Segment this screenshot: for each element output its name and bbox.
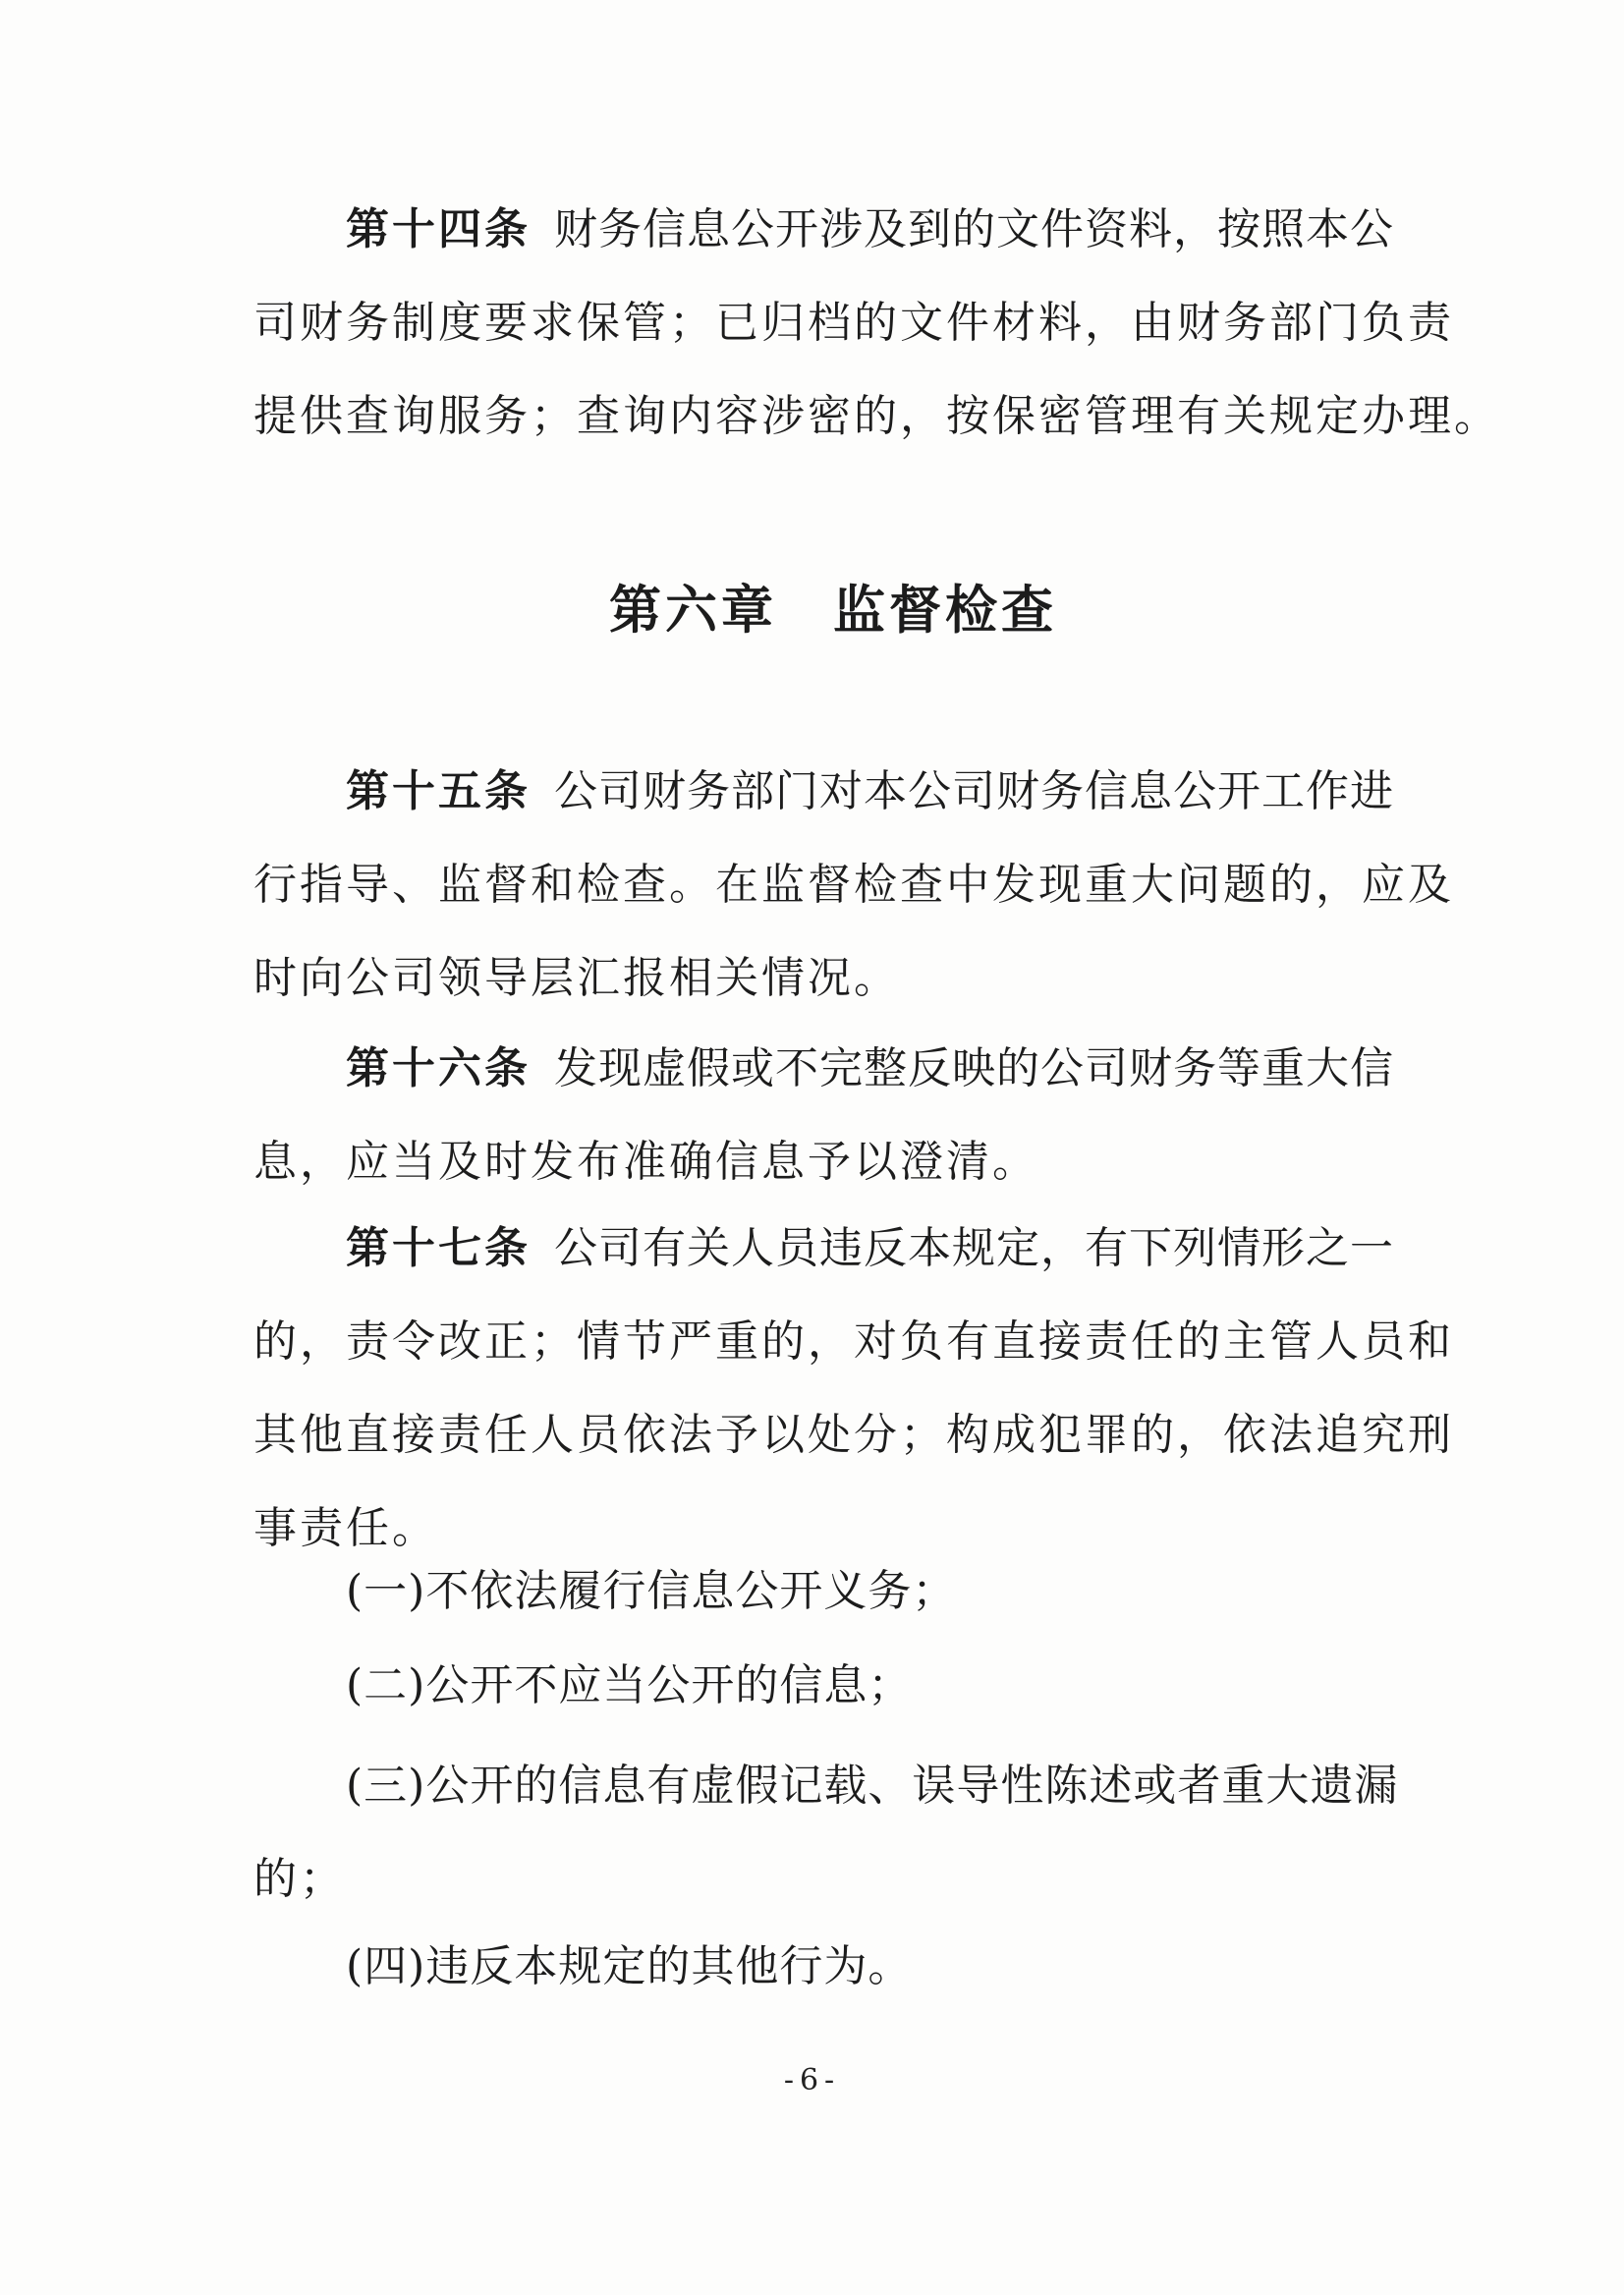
list-item-4-text: (四)违反本规定的其他行为。 bbox=[253, 1920, 1413, 2013]
list-item-1-text: (一)不依法履行信息公开义务； bbox=[253, 1544, 1413, 1638]
article-15-line-2: 行指导、监督和检查。在监督检查中发现重大问题的，应及 bbox=[253, 838, 1413, 931]
article-17-line-3: 其他直接责任人员依法予以处分；构成犯罪的，依法追究刑 bbox=[253, 1388, 1413, 1482]
list-item-4: (四)违反本规定的其他行为。 bbox=[253, 1920, 1413, 2013]
article-17: 第十七条公司有关人员违反本规定，有下列情形之一 的，责令改正；情节严重的，对负有… bbox=[253, 1202, 1413, 1575]
article-15-line-3: 时向公司领导层汇报相关情况。 bbox=[253, 931, 1413, 1025]
article-17-text: 公司有关人员违反本规定，有下列情形之一 bbox=[554, 1223, 1394, 1273]
list-item-3-line-2: 的； bbox=[253, 1832, 1413, 1926]
list-item-1: (一)不依法履行信息公开义务； bbox=[253, 1544, 1413, 1638]
chapter-6-heading: 第六章 监督检查 bbox=[253, 564, 1413, 657]
article-14-line-3: 提供查询服务；查询内容涉密的，按保密管理有关规定办理。 bbox=[253, 369, 1413, 463]
article-17-label: 第十七条 bbox=[346, 1223, 531, 1273]
article-16-text: 发现虚假或不完整反映的公司财务等重大信 bbox=[554, 1043, 1394, 1093]
list-item-3: (三)公开的信息有虚假记载、误导性陈述或者重大遗漏 的； bbox=[253, 1739, 1413, 1926]
article-15-text: 公司财务部门对本公司财务信息公开工作进 bbox=[554, 766, 1394, 816]
list-item-2: (二)公开不应当公开的信息； bbox=[253, 1639, 1413, 1732]
article-14: 第十四条财务信息公开涉及到的文件资料，按照本公 司财务制度要求保管；已归档的文件… bbox=[253, 183, 1413, 463]
article-15-line-1: 第十五条公司财务部门对本公司财务信息公开工作进 bbox=[253, 745, 1413, 838]
article-15-label: 第十五条 bbox=[346, 766, 531, 816]
article-14-line-1: 第十四条财务信息公开涉及到的文件资料，按照本公 bbox=[253, 183, 1413, 276]
document-page: 第十四条财务信息公开涉及到的文件资料，按照本公 司财务制度要求保管；已归档的文件… bbox=[0, 0, 1624, 2295]
article-14-text: 财务信息公开涉及到的文件资料，按照本公 bbox=[554, 204, 1394, 254]
article-17-line-1: 第十七条公司有关人员违反本规定，有下列情形之一 bbox=[253, 1202, 1413, 1295]
article-14-line-2: 司财务制度要求保管；已归档的文件材料，由财务部门负责 bbox=[253, 276, 1413, 369]
article-16-line-2: 息，应当及时发布准确信息予以澄清。 bbox=[253, 1115, 1413, 1208]
article-17-line-2: 的，责令改正；情节严重的，对负有直接责任的主管人员和 bbox=[253, 1295, 1413, 1388]
article-15: 第十五条公司财务部门对本公司财务信息公开工作进 行指导、监督和检查。在监督检查中… bbox=[253, 745, 1413, 1025]
article-14-label: 第十四条 bbox=[346, 204, 531, 254]
article-16: 第十六条发现虚假或不完整反映的公司财务等重大信 息，应当及时发布准确信息予以澄清… bbox=[253, 1022, 1413, 1208]
article-16-label: 第十六条 bbox=[346, 1043, 531, 1093]
list-item-2-text: (二)公开不应当公开的信息； bbox=[253, 1639, 1413, 1732]
article-16-line-1: 第十六条发现虚假或不完整反映的公司财务等重大信 bbox=[253, 1022, 1413, 1115]
page-number: -6- bbox=[0, 2056, 1624, 2105]
list-item-3-line-1: (三)公开的信息有虚假记载、误导性陈述或者重大遗漏 bbox=[253, 1739, 1413, 1832]
